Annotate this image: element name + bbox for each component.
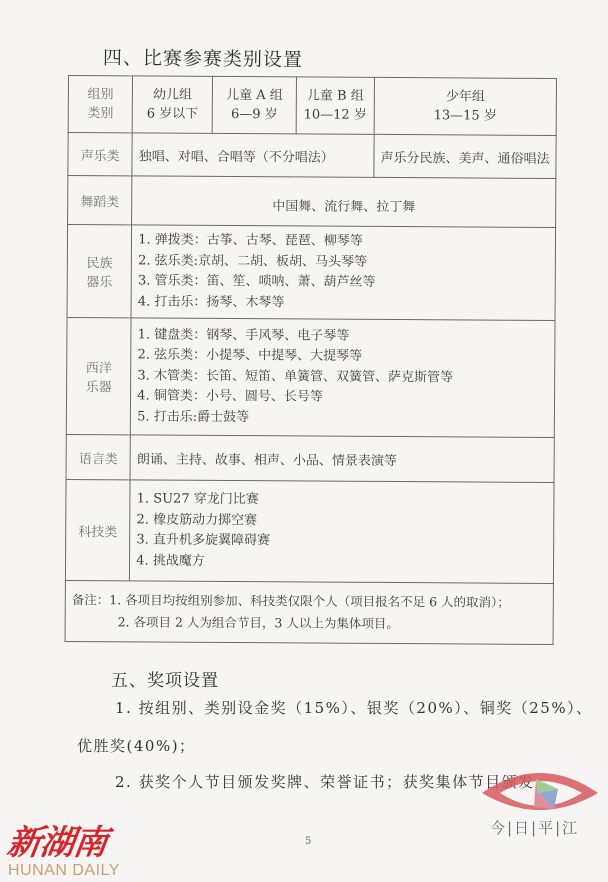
category-label: 乐器	[73, 376, 124, 395]
table-header-row: 组别 类别 幼儿组 6 岁以下 儿童 A 组 6—9 岁 儿童 B 组 10—1…	[68, 76, 556, 136]
list-item: 2. 弦乐类：小提琴、中提琴、大提琴等	[137, 346, 548, 369]
group-name: 儿童 B 组	[303, 86, 368, 105]
western-items-cell: 1. 键盘类：钢琴、手风琴、电子琴等 2. 弦乐类：小提琴、中提琴、大提琴等 3…	[131, 318, 555, 438]
category-label: 西洋	[73, 357, 124, 376]
document-page: 四、比赛参赛类别设置 组别 类别 幼儿组 6 岁以下 儿童 A 组 6—9 岁 …	[0, 0, 608, 882]
group-name: 少年组	[381, 87, 550, 107]
header-group-kindergarten: 幼儿组 6 岁以下	[132, 76, 212, 133]
category-table: 组别 类别 幼儿组 6 岁以下 儿童 A 组 6—9 岁 儿童 B 组 10—1…	[65, 75, 557, 645]
category-cell: 民族 器乐	[67, 225, 132, 318]
list-item: 2. 弦乐类:京胡、二胡、板胡、马头琴等	[138, 251, 549, 274]
vocal-senior-cell: 声乐分民族、美声、通俗唱法	[374, 134, 556, 178]
header-group-teen: 少年组 13—15 岁	[374, 77, 556, 135]
list-item: 1. 键盘类：钢琴、手风琴、电子琴等	[138, 325, 549, 348]
table-row-technology: 科技类 1. SU27 穿龙门比赛 2. 橡皮筋动力掷空赛 3. 直升机多旋翼障…	[65, 479, 554, 583]
category-cell: 科技类	[65, 479, 130, 580]
corner-label-group: 组别	[75, 85, 126, 104]
list-item: 4. 打击乐：扬琴、木琴等	[138, 292, 549, 315]
table-row-language: 语言类 朗诵、主持、故事、相声、小品、情景表演等	[66, 434, 554, 482]
group-age: 10—12 岁	[303, 105, 368, 124]
hunan-daily-logo-cn: 新湖南	[5, 815, 124, 864]
hunan-daily-logo-en: HUNAN DAILY	[8, 862, 120, 880]
list-item: 1. SU27 穿龙门比赛	[137, 489, 548, 512]
folk-items-cell: 1. 弹拨类：古筝、古琴、琵琶、柳琴等 2. 弦乐类:京胡、二胡、板胡、马头琴等…	[131, 225, 555, 321]
award-paragraph-1-cont: 优胜奖(40%)；	[77, 735, 196, 756]
corner-label-category: 类别	[75, 104, 126, 123]
header-group-child-a: 儿童 A 组 6—9 岁	[212, 76, 296, 134]
section-5-title: 五、奖项设置	[111, 666, 219, 691]
group-age: 6—9 岁	[219, 105, 290, 124]
group-age: 13—15 岁	[381, 106, 550, 126]
jinri-pingjiang-text: 今|日|平|江	[490, 817, 579, 838]
category-cell: 舞蹈类	[68, 176, 133, 225]
list-item: 1. 弹拨类：古筝、古琴、琵琶、柳琴等	[138, 230, 549, 253]
award-paragraph-2: 2. 获奖个人节目颁发奖牌、荣誉证书；获奖集体节目颁发	[115, 771, 535, 792]
header-group-child-b: 儿童 B 组 10—12 岁	[296, 77, 374, 134]
header-corner-cell: 组别 类别	[68, 76, 133, 133]
group-age: 6 岁以下	[139, 104, 206, 123]
eye-logo-icon	[478, 765, 603, 820]
tech-items-cell: 1. SU27 穿龙门比赛 2. 橡皮筋动力掷空赛 3. 直升机多旋翼障碍赛 4…	[130, 480, 554, 584]
category-cell: 声乐类	[68, 133, 133, 176]
award-paragraph-1: 1. 按组别、类别设金奖（15%）、银奖（20%）、铜奖（25%）、	[115, 697, 593, 718]
table-row-folk-instruments: 民族 器乐 1. 弹拨类：古筝、古琴、琵琶、柳琴等 2. 弦乐类:京胡、二胡、板…	[67, 225, 556, 321]
note-line-2: 2. 各项目 2 人为组合节目，3 人以上为集体项目。	[72, 611, 547, 636]
category-label: 民族	[74, 252, 125, 271]
vocal-junior-cell: 独唱、对唱、合唱等（不分唱法）	[132, 133, 374, 177]
category-cell: 西洋 乐器	[66, 317, 131, 434]
group-name: 儿童 A 组	[219, 86, 290, 105]
list-item: 5. 打击乐:爵士鼓等	[137, 407, 548, 430]
list-item: 3. 木管类：长笛、短笛、单簧管、双簧管、萨克斯管等	[137, 366, 548, 389]
category-label: 器乐	[74, 271, 125, 290]
section-4-title: 四、比赛参赛类别设置	[103, 43, 303, 72]
note-line-1: 备注：1. 各项目均按组别参加、科技类仅限个人（项目报名不足 6 人的取消）；	[72, 589, 547, 614]
hunan-daily-watermark: 新湖南 HUNAN DAILY	[8, 815, 120, 880]
list-item: 3. 直升机多旋翼障碍赛	[136, 530, 547, 553]
group-name: 幼儿组	[139, 85, 206, 104]
jinri-pingjiang-watermark: 今|日|平|江	[478, 765, 603, 845]
list-item: 4. 铜管类：小号、圆号、长号等	[137, 387, 548, 410]
list-item: 4. 挑战魔方	[136, 551, 547, 574]
notes-cell: 备注：1. 各项目均按组别参加、科技类仅限个人（项目报名不足 6 人的取消）； …	[65, 580, 553, 644]
page-number: 5	[305, 836, 311, 847]
category-cell: 语言类	[66, 434, 131, 479]
dance-cell: 中国舞、流行舞、拉丁舞	[132, 176, 556, 228]
table-row-vocal: 声乐类 独唱、对唱、合唱等（不分唱法） 声乐分民族、美声、通俗唱法	[68, 133, 556, 179]
list-item: 2. 橡皮筋动力掷空赛	[136, 510, 547, 533]
list-item: 3. 管乐类：笛、笙、唢呐、萧、葫芦丝等	[138, 271, 549, 294]
table-row-western-instruments: 西洋 乐器 1. 键盘类：钢琴、手风琴、电子琴等 2. 弦乐类：小提琴、中提琴、…	[66, 317, 555, 437]
table-row-notes: 备注：1. 各项目均按组别参加、科技类仅限个人（项目报名不足 6 人的取消）； …	[65, 580, 553, 644]
table-row-dance: 舞蹈类 中国舞、流行舞、拉丁舞	[68, 176, 556, 228]
language-cell: 朗诵、主持、故事、相声、小品、情景表演等	[130, 435, 554, 483]
